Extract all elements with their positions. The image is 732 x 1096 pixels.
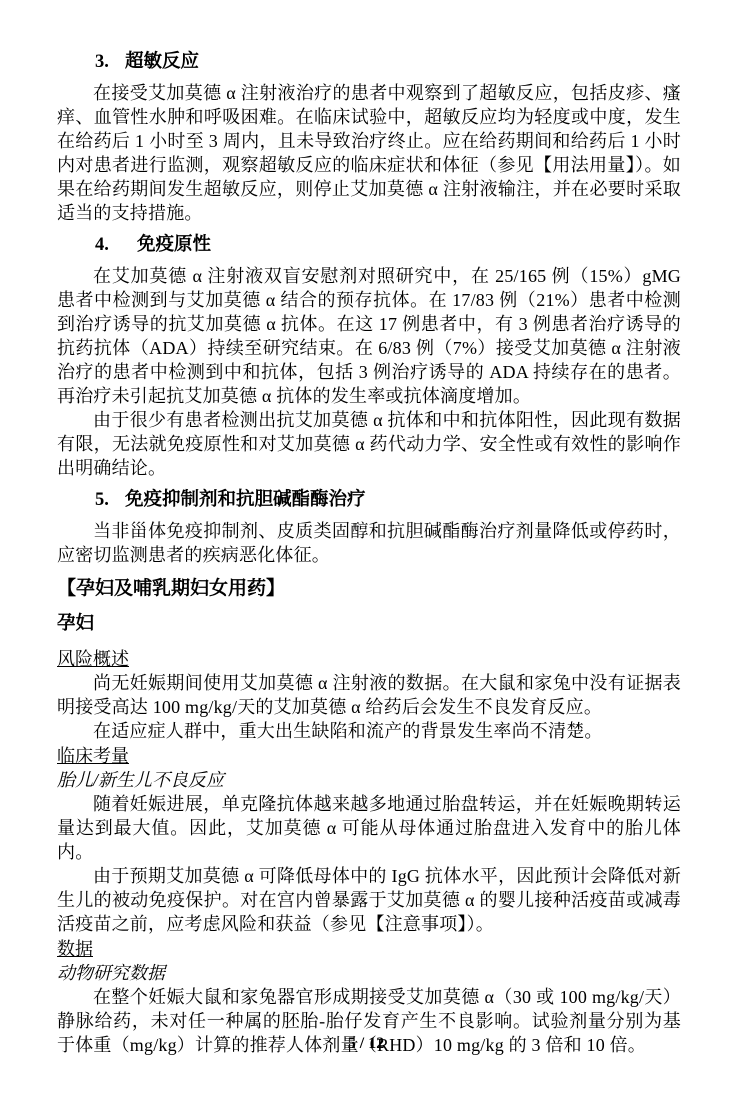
paragraph-immunosuppressants: 当非甾体免疫抑制剂、皮质类固醇和抗胆碱酯酶治疗剂量降低或停药时，应密切监测患者的…	[57, 519, 681, 567]
section-heading-hypersensitivity: 3.超敏反应	[57, 50, 681, 74]
subsection-heading-pregnant-women: 孕妇	[57, 612, 681, 636]
section-heading-immunogenicity: 4.免疫原性	[57, 233, 681, 257]
section-title: 超敏反应	[125, 52, 199, 72]
section-number: 5.	[95, 488, 125, 512]
document-page: 3.超敏反应 在接受艾加莫德 α 注射液治疗的患者中观察到了超敏反应，包括皮疹、…	[0, 0, 732, 1096]
paragraph-fetal-2: 由于预期艾加莫德 α 可降低母体中的 IgG 抗体水平，因此预计会降低对新生儿的…	[57, 864, 681, 936]
section-heading-pregnancy-lactation: 【孕妇及哺乳期妇女用药】	[57, 576, 681, 601]
section-number: 3.	[95, 50, 125, 74]
paragraph-hypersensitivity: 在接受艾加莫德 α 注射液治疗的患者中观察到了超敏反应，包括皮疹、瘙痒、血管性水…	[57, 81, 681, 225]
heading-data: 数据	[57, 937, 681, 961]
section-number: 4.	[95, 233, 137, 257]
heading-animal-study-data: 动物研究数据	[57, 961, 681, 985]
section-title: 免疫抑制剂和抗胆碱酯酶治疗	[125, 490, 366, 510]
paragraph-immunogenicity-1: 在艾加莫德 α 注射液双盲安慰剂对照研究中，在 25/165 例（15%）gMG…	[57, 264, 681, 408]
page-content: 3.超敏反应 在接受艾加莫德 α 注射液治疗的患者中观察到了超敏反应，包括皮疹、…	[57, 42, 681, 1057]
section-heading-immunosuppressants: 5.免疫抑制剂和抗胆碱酯酶治疗	[57, 488, 681, 512]
paragraph-immunogenicity-2: 由于很少有患者检测出抗艾加莫德 α 抗体和中和抗体阳性，因此现有数据有限，无法就…	[57, 408, 681, 480]
heading-risk-summary: 风险概述	[57, 647, 681, 671]
paragraph-risk-summary-1: 尚无妊娠期间使用艾加莫德 α 注射液的数据。在大鼠和家兔中没有证据表明接受高达 …	[57, 671, 681, 719]
section-title: 免疫原性	[137, 235, 211, 255]
heading-clinical-considerations: 临床考量	[57, 744, 681, 768]
paragraph-risk-summary-2: 在适应症人群中，重大出生缺陷和流产的背景发生率尚不清楚。	[57, 719, 681, 743]
paragraph-fetal-1: 随着妊娠进展，单克隆抗体越来越多地通过胎盘转运，并在妊娠晚期转运量达到最大值。因…	[57, 792, 681, 864]
heading-fetal-neonatal-reactions: 胎儿/新生儿不良反应	[57, 768, 681, 792]
page-number: 5 / 12	[0, 1034, 732, 1054]
